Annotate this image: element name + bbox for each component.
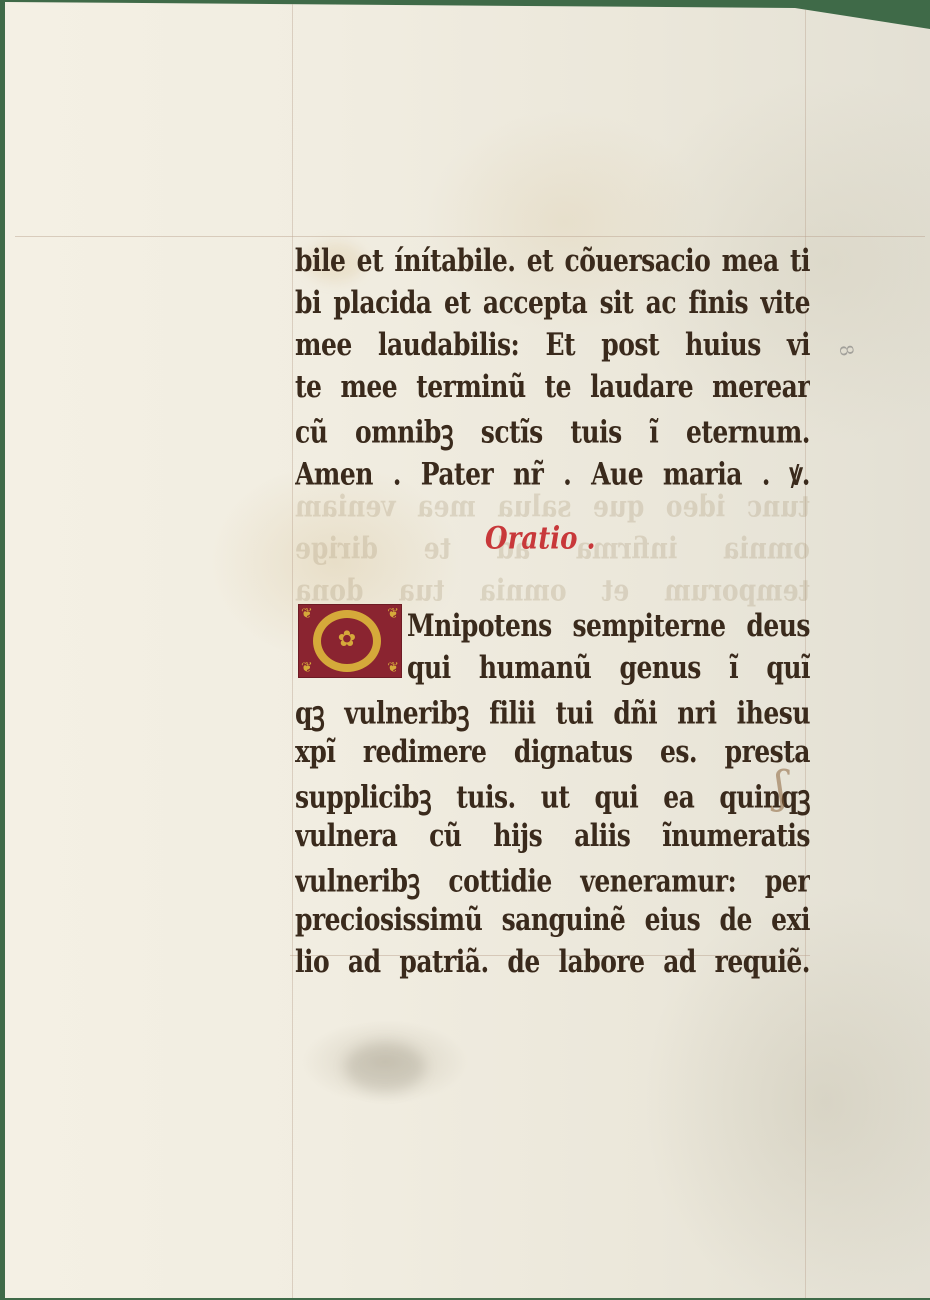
text-line: mee laudabilis: Et post huius vi bbox=[295, 326, 810, 374]
text-line: xpĩ redimere dignatus es. presta bbox=[295, 733, 810, 781]
foliage-icon: ❦ bbox=[387, 607, 399, 621]
text-line: supplicibꝫ tuis. ut qui ea quinqꝫ bbox=[295, 775, 810, 823]
text-line: vulneribꝫ cottidie veneramur: per bbox=[295, 859, 810, 907]
decorated-initial: ❦ ❦ ❦ ❦ ✿ bbox=[298, 604, 402, 678]
folio-number: 8 bbox=[834, 343, 857, 358]
flower-icon: ✿ bbox=[332, 623, 362, 657]
manuscript-leaf: bile et ínítabile. et cõuersacio mea ti … bbox=[5, 2, 930, 1298]
foliage-icon: ❦ bbox=[301, 607, 313, 621]
text-line: lio ad patriã. de labore ad requiẽ. bbox=[295, 943, 810, 991]
ruling-line-top bbox=[15, 236, 925, 237]
foliage-icon: ❦ bbox=[301, 661, 313, 675]
text-line: vulnera cũ hijs aliis ĩnumeratis bbox=[295, 817, 810, 865]
stain bbox=[345, 1042, 425, 1092]
text-line: cũ omnibꝫ sctĩs tuis ĩ eternum. bbox=[295, 410, 810, 458]
ruling-line-left bbox=[292, 2, 293, 1298]
text-line: Mnipotens sempiterne deus bbox=[407, 607, 810, 655]
show-through-text: temporum et omnia tua dona bbox=[295, 573, 810, 608]
margin-flourish: ʃ bbox=[775, 762, 787, 813]
text-line: bile et ínítabile. et cõuersacio mea ti bbox=[295, 242, 810, 290]
text-line: qui humanũ genus ĩ quĩ bbox=[407, 649, 810, 697]
text-line: bi placida et accepta sit ac finis vite bbox=[295, 284, 810, 332]
text-line: qꝫ vulneribꝫ filii tui dñi nri ihesu bbox=[295, 691, 810, 739]
rubric-heading: Oratio . bbox=[485, 521, 596, 557]
text-line: te mee terminũ te laudare merear bbox=[295, 368, 810, 416]
text-line: preciosissimũ sanguinẽ eius de exi bbox=[295, 901, 810, 949]
foliage-icon: ❦ bbox=[387, 661, 399, 675]
show-through-text: tunc ideo que salua mea veniam bbox=[295, 489, 810, 524]
